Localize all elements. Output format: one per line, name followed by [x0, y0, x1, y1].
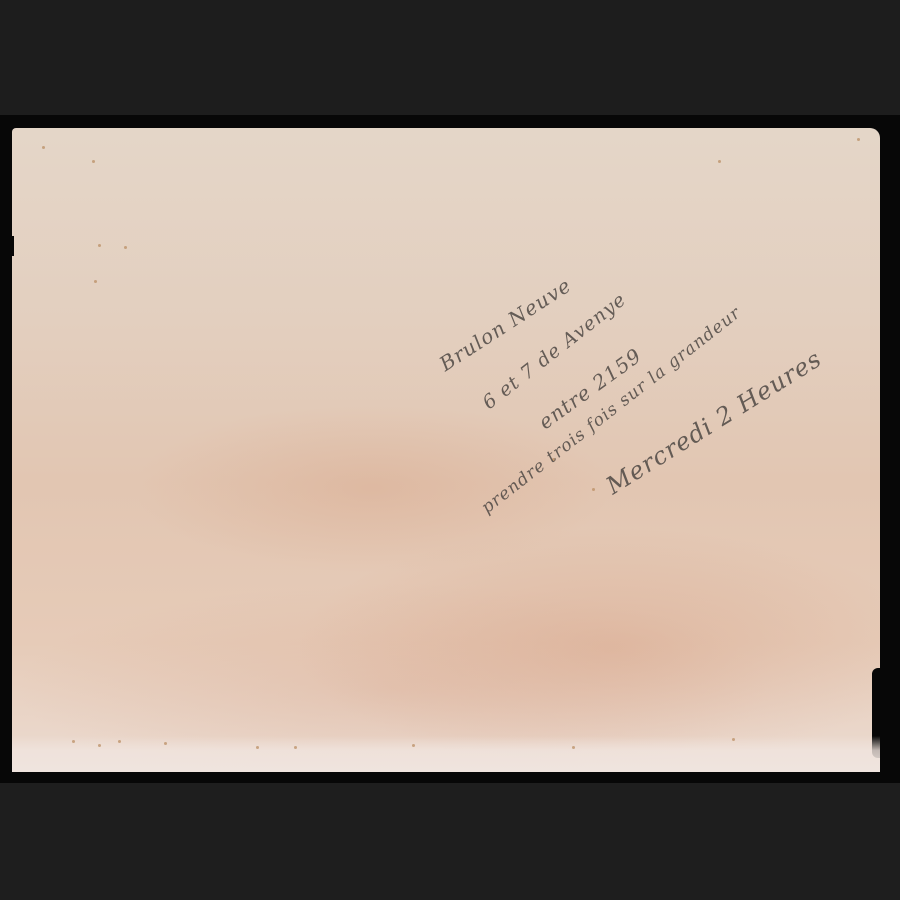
foxing-spot	[256, 746, 259, 749]
foxing-spot	[857, 138, 860, 141]
foxing-spot	[294, 746, 297, 749]
foxing-spot	[124, 246, 127, 249]
foxing-spot	[42, 146, 45, 149]
paper-faded-bottom-strip	[12, 736, 880, 772]
paper-sheet	[12, 128, 880, 772]
foxing-spot	[164, 742, 167, 745]
foxing-spot	[72, 740, 75, 743]
foxing-spot	[98, 744, 101, 747]
foxing-spot	[94, 280, 97, 283]
foxing-spot	[92, 160, 95, 163]
foxing-spot	[98, 244, 101, 247]
foxing-spot	[412, 744, 415, 747]
foxing-spot	[118, 740, 121, 743]
paper-left-notch	[10, 236, 14, 256]
foxing-spot	[592, 488, 595, 491]
foxing-spot	[572, 746, 575, 749]
foxing-spot	[732, 738, 735, 741]
top-dark-band	[0, 0, 900, 115]
foxing-spot	[718, 160, 721, 163]
bottom-dark-band	[0, 783, 900, 900]
